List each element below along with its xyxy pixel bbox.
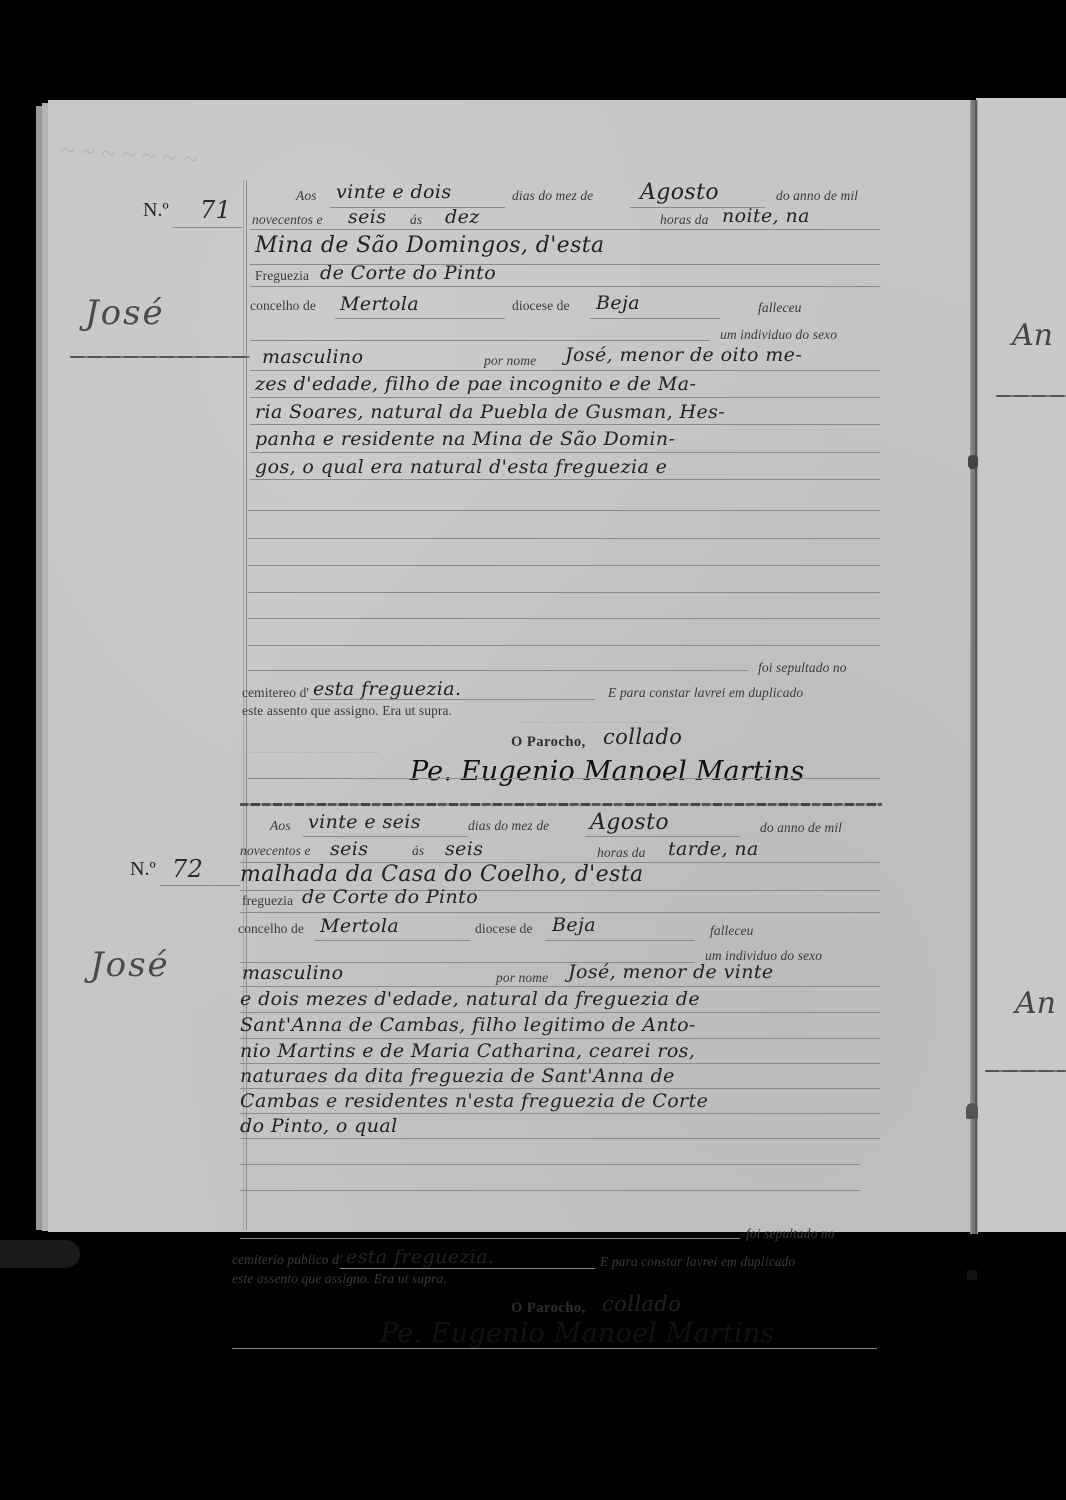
hour-field: dez xyxy=(445,206,480,228)
parish-field: de Corte do Pinto xyxy=(302,886,478,908)
diocese-field: Beja xyxy=(596,292,640,314)
entry-number: 71 xyxy=(200,196,231,224)
cemetery-field: esta freguezia. xyxy=(346,1246,494,1268)
place-field: Mina de São Domingos, d'esta xyxy=(255,233,605,258)
binding-stitch xyxy=(968,455,978,469)
margin-name: José xyxy=(90,945,170,985)
municipality-field: Mertola xyxy=(340,293,419,315)
parish-field: de Corte do Pinto xyxy=(320,262,496,284)
cemetery-field: esta freguezia. xyxy=(313,678,461,700)
municipality-field: Mertola xyxy=(320,915,399,937)
facing-page-fragment: An xyxy=(1012,318,1053,353)
binding-thread xyxy=(975,100,977,1234)
page-clip xyxy=(0,1240,80,1268)
entry-separator xyxy=(240,803,882,806)
entry-number: 72 xyxy=(172,855,203,883)
deceased-name-field: José, menor de oito me- xyxy=(565,344,802,366)
entry-number-label: N.º xyxy=(143,199,169,222)
year-field: seis xyxy=(348,206,386,228)
binding-stitch xyxy=(966,1103,978,1119)
priest-signature: Pe. Eugenio Manoel Martins xyxy=(380,1318,775,1349)
place-field: malhada da Casa do Coelho, d'esta xyxy=(240,862,644,887)
year-field: seis xyxy=(330,838,368,860)
month-field: Agosto xyxy=(590,810,669,835)
binding-stitch xyxy=(967,1270,977,1280)
sex-field: masculino xyxy=(242,962,343,984)
period-field: tarde, na xyxy=(668,838,759,860)
margin-flourish xyxy=(985,1070,1066,1072)
sex-field: masculino xyxy=(262,346,363,368)
priest-signature: Pe. Eugenio Manoel Martins xyxy=(410,756,805,787)
deceased-name-field: José, menor de vinte xyxy=(568,961,774,983)
facing-page xyxy=(976,98,1066,1232)
diocese-field: Beja xyxy=(552,914,596,936)
margin-name: José xyxy=(85,293,165,333)
day-field: vinte e dois xyxy=(336,181,451,203)
period-field: noite, na xyxy=(722,205,810,227)
hour-field: seis xyxy=(445,838,483,860)
facing-page-fragment: An xyxy=(1015,986,1056,1021)
day-field: vinte e seis xyxy=(308,811,421,833)
month-field: Agosto xyxy=(640,180,719,205)
margin-flourish xyxy=(70,356,250,358)
margin-flourish xyxy=(996,395,1066,397)
entry-number-label: N.º xyxy=(130,858,156,881)
